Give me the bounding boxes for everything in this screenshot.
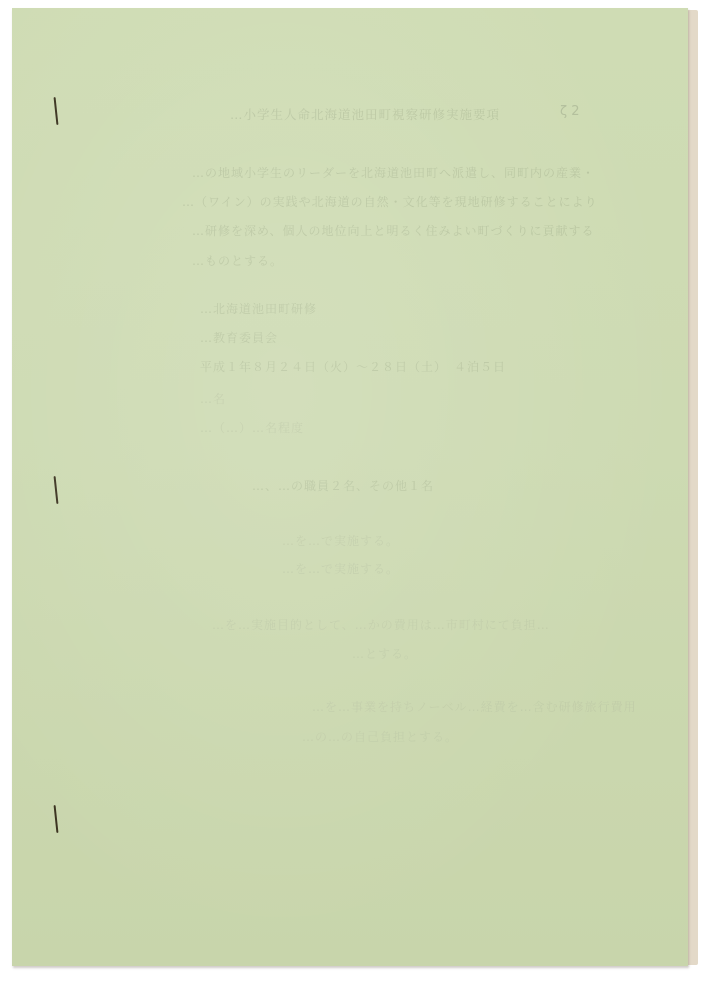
item-a: …を…で実施する。: [282, 532, 399, 549]
participants-sub: …（…）…名程度: [200, 419, 304, 436]
item-b: …を…で実施する。: [282, 560, 399, 577]
purpose-line-4: …ものとする。: [192, 252, 283, 269]
note-1-cont: …とする。: [352, 645, 417, 662]
document-title: …小学生人命北海道池田町視察研修実施要項: [230, 105, 500, 123]
staff: …、…の職員２名、その他１名: [252, 477, 434, 494]
sponsor: …北海道池田町研修: [200, 300, 317, 317]
note-2: …を…事業を持ちノーベル…経費を…含む研修旅行費用: [312, 698, 637, 715]
organizer: …教育委員会: [200, 329, 278, 346]
note-1: …を…実施目的として、…かの費用は…市町村にて負担…: [212, 616, 550, 633]
staple-middle: [54, 476, 59, 504]
note-2-cont: …の…の自己負担とする。: [302, 728, 458, 745]
staple-bottom: [54, 805, 59, 833]
purpose-line-1: …の地域小学生のリーダーを北海道池田町へ派遣し、同町内の産業・: [192, 164, 595, 181]
staple-top: [54, 97, 59, 125]
document-page: …小学生人命北海道池田町視察研修実施要項 ζ 2 …の地域小学生のリーダーを北海…: [12, 8, 688, 966]
corner-mark: ζ 2: [560, 104, 579, 119]
purpose-line-2: …（ワイン）の実践や北海道の自然・文化等を現地研修することにより: [182, 193, 598, 210]
purpose-line-3: …研修を深め、個人の地位向上と明るく住みよい町づくりに貢献する: [192, 222, 595, 239]
participants: …名: [200, 390, 226, 407]
dates: 平成１年８月２４日（火）～２８日（土） ４泊５日: [200, 358, 506, 375]
